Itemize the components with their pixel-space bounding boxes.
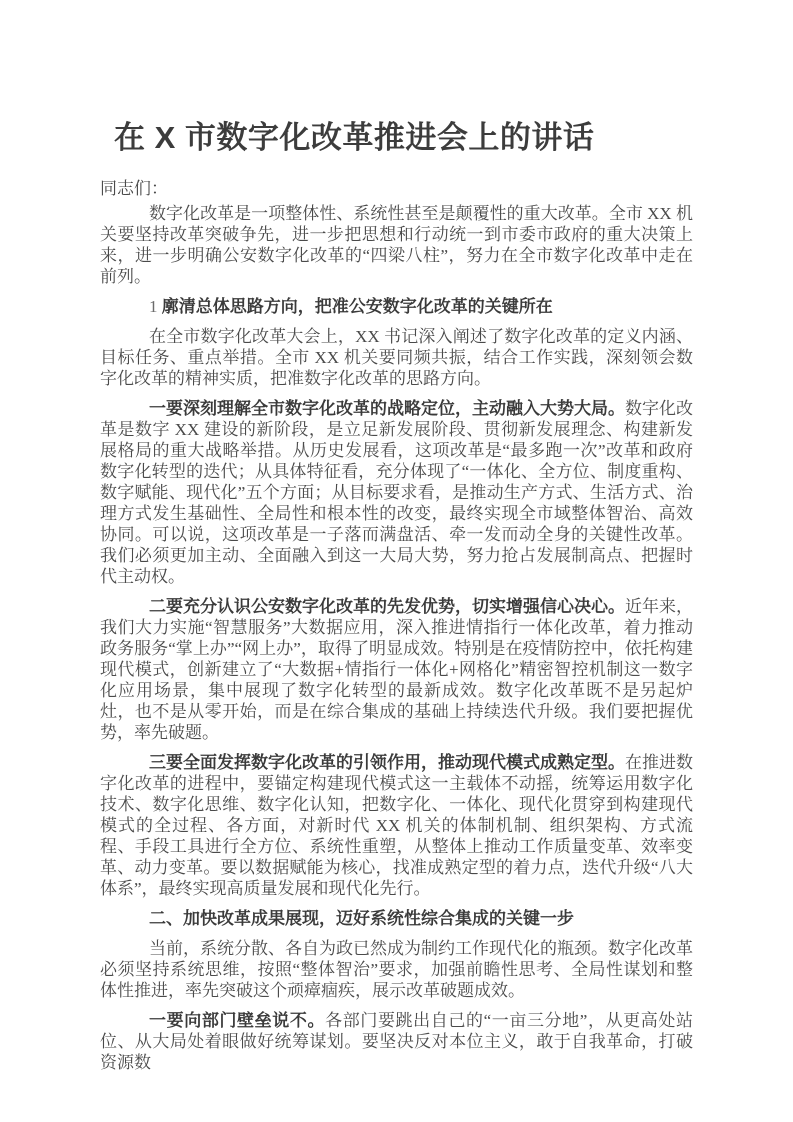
paragraph-section2-point-1-lead: 一要向部门壁垒说不。: [149, 1011, 325, 1030]
paragraph-point-1-body: 数字化改革是数字 XX 建设的新阶段，是立足新发展阶段、贯彻新发展理念、构建新发…: [100, 399, 693, 586]
section-1-number: 1: [149, 297, 162, 316]
paragraph-point-2: 二要充分认识公安数字化改革的先发优势，切实增强信心决心。近年来，我们大力实施“智…: [100, 596, 693, 743]
paragraph-point-2-lead: 二要充分认识公安数字化改革的先发优势，切实增强信心决心。: [149, 597, 625, 616]
paragraph-section2-point-1: 一要向部门壁垒说不。各部门要跳出自己的“一亩三分地”，从更高处站位、从大局处着眼…: [100, 1010, 693, 1073]
paragraph-point-1: 一要深刻理解全市数字化改革的战略定位，主动融入大势大局。数字化改革是数字 XX …: [100, 398, 693, 587]
paragraph-point-1-lead: 一要深刻理解全市数字化改革的战略定位，主动融入大势大局。: [149, 399, 625, 418]
paragraph-section1-intro: 在全市数字化改革大会上，XX 书记深入阐述了数字化改革的定义内涵、目标任务、重点…: [100, 326, 693, 389]
salutation: 同志们：: [100, 178, 693, 199]
section-2-heading: 二、加快改革成果展现，迈好系统性综合集成的关键一步: [100, 908, 693, 929]
document-title: 在 X 市数字化改革推进会上的讲话: [114, 118, 693, 158]
document-page: 在 X 市数字化改革推进会上的讲话 同志们： 数字化改革是一项整体性、系统性甚至…: [0, 0, 793, 1122]
section-1-heading: 1 廓清总体思路方向，把准公安数字化改革的关键所在: [100, 296, 693, 317]
paragraph-point-3-body: 在推进数字化改革的进程中，要锚定构建现代模式这一主载体不动摇，统筹运用数字化技术…: [100, 753, 693, 898]
paragraph-point-3-lead: 三要全面发挥数字化改革的引领作用，推动现代模式成熟定型。: [149, 753, 625, 772]
paragraph-point-3: 三要全面发挥数字化改革的引领作用，推动现代模式成熟定型。在推进数字化改革的进程中…: [100, 752, 693, 899]
paragraph-intro: 数字化改革是一项整体性、系统性甚至是颠覆性的重大改革。全市 XX 机关要坚持改革…: [100, 203, 693, 287]
paragraph-section2-intro: 当前，系统分散、各自为政已然成为制约工作现代化的瓶颈。数字化改革必须坚持系统思维…: [100, 938, 693, 1001]
section-1-heading-text: 廓清总体思路方向，把准公安数字化改革的关键所在: [162, 297, 553, 316]
paragraph-point-2-body: 近年来，我们大力实施“智慧服务”大数据应用，深入推进情指行一体化改革，着力推动政…: [100, 597, 693, 742]
